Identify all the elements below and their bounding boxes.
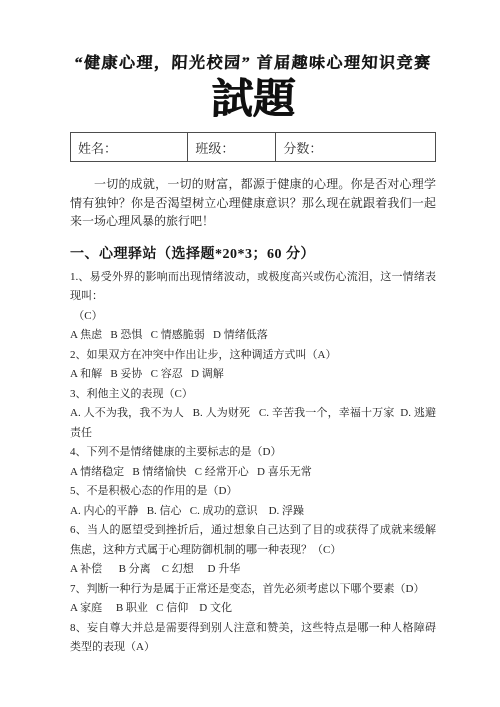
score-cell: 分数：: [276, 133, 436, 162]
intro-paragraph: 一切的成就，一切的财富，都源于健康的心理。你是否对心理学情有独钟？你是否渴望树立…: [70, 175, 436, 231]
question-2-options: A 和解 B 妥协 C 容忍 D 调解: [70, 365, 436, 385]
question-8-text: 8、妄自尊大并总是需要得到别人注意和赞美，这些特点是哪一种人格障碍类型的表现（A…: [70, 619, 436, 658]
question-4-text: 4、下列不是情绪健康的主要标志的是（D）: [70, 443, 436, 463]
question-7: 7、判断一种行为是属于正常还是变态，首先必须考虑以下哪个要素（D） A 家庭 B…: [70, 580, 436, 619]
question-1-text: 1.、易受外界的影响而出现情绪波动，或极度高兴或伤心流泪，这一情绪表现叫：: [70, 268, 436, 307]
question-1-answer: （C）: [70, 307, 436, 327]
question-5-options: A. 内心的平静 B. 信心 C. 成功的意识 D. 浮躁: [70, 502, 436, 522]
question-4: 4、下列不是情绪健康的主要标志的是（D） A 情绪稳定 B 情绪愉快 C 经常开…: [70, 443, 436, 482]
question-8: 8、妄自尊大并总是需要得到别人注意和赞美，这些特点是哪一种人格障碍类型的表现（A…: [70, 619, 436, 658]
question-3-options: A. 人不为我，我不为人 B. 人为财死 C. 辛苦我一个，幸福十万家 D. 逃…: [70, 404, 436, 443]
question-2-text: 2、如果双方在冲突中作出让步，这种调适方式叫（A）: [70, 346, 436, 366]
question-5: 5、不是积极心态的作用的是（D） A. 内心的平静 B. 信心 C. 成功的意识…: [70, 482, 436, 521]
info-table: 姓名： 班级： 分数：: [70, 132, 436, 162]
info-table-row: 姓名： 班级： 分数：: [71, 133, 436, 162]
question-6: 6、当人的愿望受到挫折后，通过想象自己达到了目的或获得了成就来缓解焦虑，这种方式…: [70, 521, 436, 580]
question-7-text: 7、判断一种行为是属于正常还是变态，首先必须考虑以下哪个要素（D）: [70, 580, 436, 600]
question-1: 1.、易受外界的影响而出现情绪波动，或极度高兴或伤心流泪，这一情绪表现叫： （C…: [70, 268, 436, 346]
name-cell: 姓名：: [71, 133, 188, 162]
question-7-options: A 家庭 B 职业 C 信仰 D 文化: [70, 599, 436, 619]
question-1-options: A 焦虑 B 恐惧 C 情感脆弱 D 情绪低落: [70, 326, 436, 346]
question-6-text: 6、当人的愿望受到挫折后，通过想象自己达到了目的或获得了成就来缓解焦虑，这种方式…: [70, 521, 436, 560]
question-list: 1.、易受外界的影响而出现情绪波动，或极度高兴或伤心流泪，这一情绪表现叫： （C…: [70, 268, 436, 658]
question-3-text: 3、利他主义的表现（C）: [70, 385, 436, 405]
question-6-options: A 补偿 B 分离 C 幻想 D 升华: [70, 560, 436, 580]
class-cell: 班级：: [188, 133, 276, 162]
document-page: “健康心理，阳光校园” 首届趣味心理知识竞赛 試題 姓名： 班级： 分数： 一切…: [0, 0, 500, 658]
question-4-options: A 情绪稳定 B 情绪愉快 C 经常开心 D 喜乐无常: [70, 463, 436, 483]
competition-header-title: “健康心理，阳光校园” 首届趣味心理知识竞赛: [69, 50, 436, 73]
section-one-heading: 一、心理驿站（选择题*20*3；60 分）: [70, 243, 436, 263]
question-5-text: 5、不是积极心态的作用的是（D）: [70, 482, 436, 502]
main-title: 試題: [69, 77, 437, 123]
question-2: 2、如果双方在冲突中作出让步，这种调适方式叫（A） A 和解 B 妥协 C 容忍…: [70, 346, 436, 385]
question-3: 3、利他主义的表现（C） A. 人不为我，我不为人 B. 人为财死 C. 辛苦我…: [70, 385, 436, 444]
